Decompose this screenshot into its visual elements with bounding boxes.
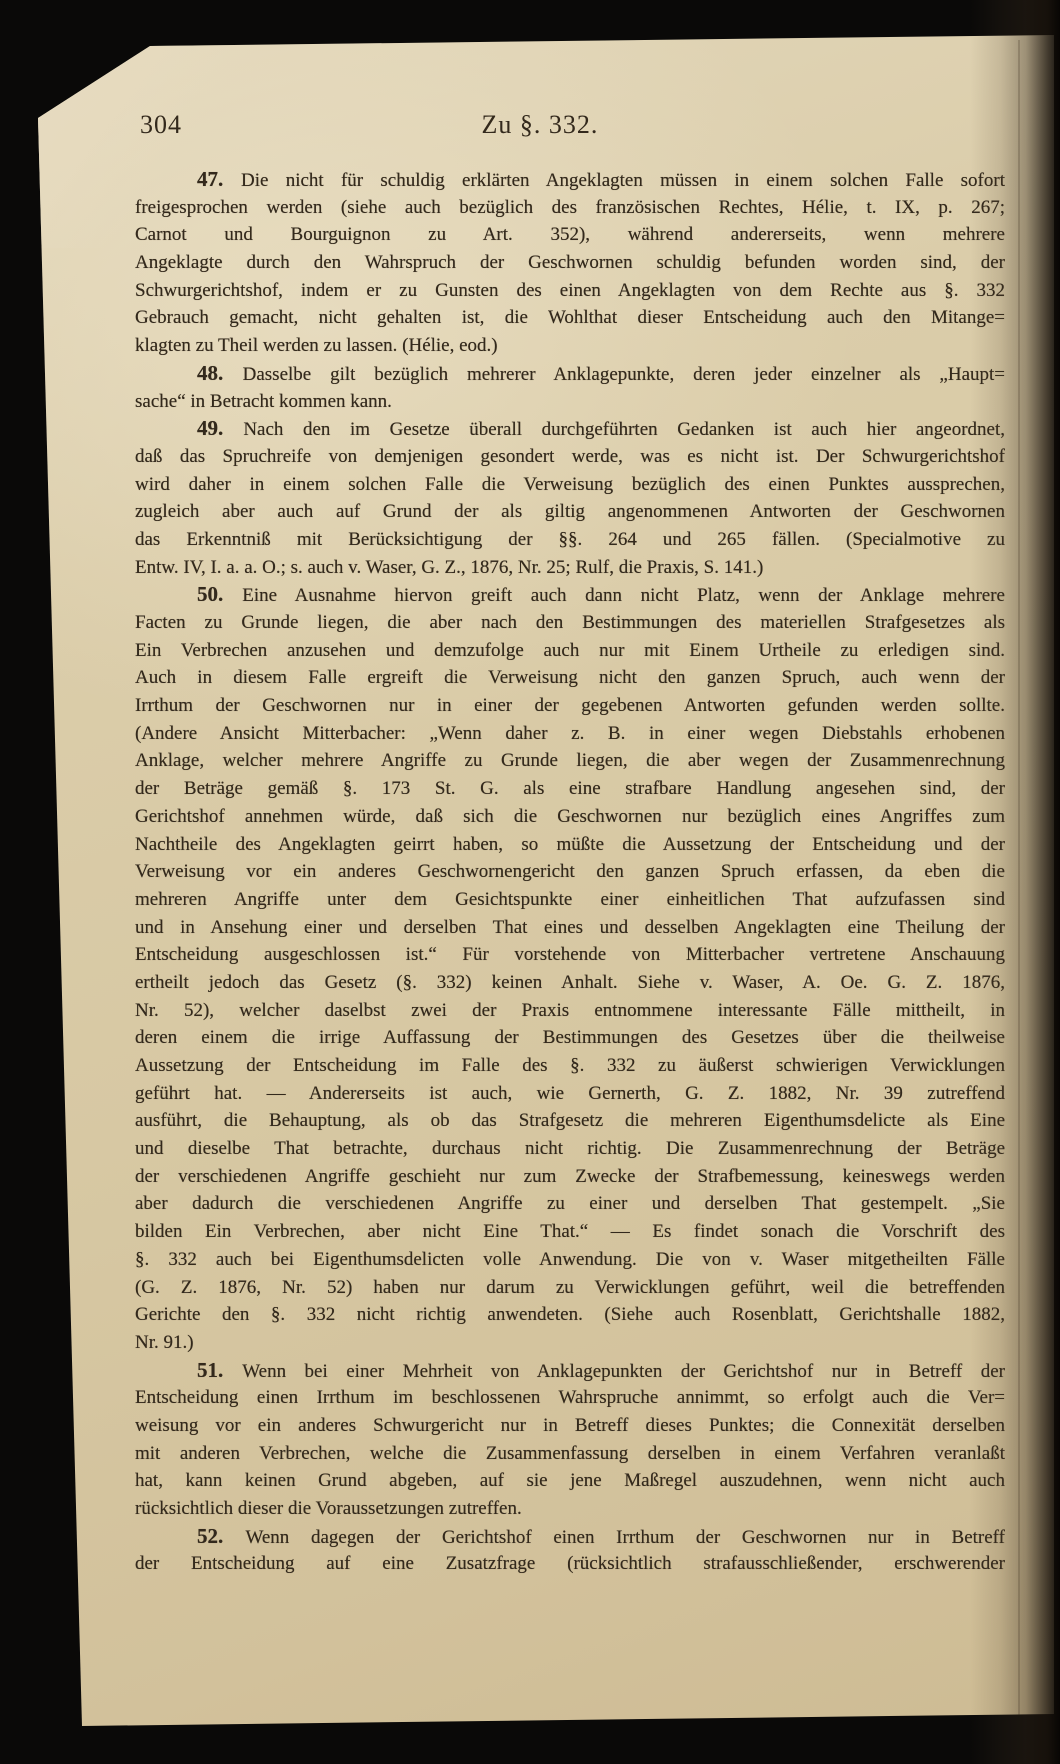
text-line: Schwurgerichtshof, indem er zu Gunsten d… — [135, 277, 1005, 305]
running-header: Zu §. 332. — [140, 110, 940, 140]
text-line: deren einem die irrige Auffassung der Be… — [135, 1024, 1005, 1052]
book-page-paper: 304 Zu §. 332. 47. Die nicht für schuldi… — [0, 0, 1060, 1764]
text-line: Ein Verbrechen anzusehen und demzufolge … — [135, 637, 1005, 665]
paragraph-51: 51. Wenn bei einer Mehrheit von Anklagep… — [135, 1357, 1005, 1523]
text-line: wird daher in einem solchen Falle die Ve… — [135, 471, 1005, 499]
text-line: der Beträge gemäß §. 173 St. G. als eine… — [135, 775, 1005, 803]
body-text: 47. Die nicht für schuldig erklärten Ang… — [135, 166, 1005, 1578]
text-line: der verschiedenen Angriffe geschieht nur… — [135, 1163, 1005, 1191]
scanned-book-page: 304 Zu §. 332. 47. Die nicht für schuldi… — [0, 0, 1060, 1764]
text-line: Carnot und Bourguignon zu Art. 352), wäh… — [135, 221, 1005, 249]
paragraph-number: 48. — [197, 361, 243, 385]
text-line: zugleich aber auch auf Grund der als gil… — [135, 498, 1005, 526]
text-line: §. 332 auch bei Eigenthumsdelicten volle… — [135, 1246, 1005, 1274]
text-line: klagten zu Theil werden zu lassen. (Héli… — [135, 332, 1005, 360]
paragraph-49: 49. Nach den im Gesetze überall durchgef… — [135, 415, 1005, 581]
paragraph-48: 48. Dasselbe gilt bezüglich mehrerer Ank… — [135, 360, 1005, 415]
paragraph-number: 51. — [197, 1358, 242, 1382]
text-line: mehreren Angriffe unter dem Gesichtspunk… — [135, 886, 1005, 914]
text-line: freigesprochen werden (siehe auch bezügl… — [135, 194, 1005, 222]
text-line: und in Ansehung einer und derselben That… — [135, 914, 1005, 942]
text-line: 52. Wenn dagegen der Gerichtshof einen I… — [135, 1523, 1005, 1551]
paragraph-number: 52. — [197, 1524, 245, 1548]
text-line: bilden Ein Verbrechen, aber nicht Eine T… — [135, 1218, 1005, 1246]
text-line: geführt hat. — Andererseits ist auch, wi… — [135, 1080, 1005, 1108]
gutter-shadow — [970, 0, 1060, 1764]
text-line: 50. Eine Ausnahme hiervon greift auch da… — [135, 581, 1005, 609]
text-line: Entscheidung einen Irrthum im beschlosse… — [135, 1384, 1005, 1412]
text-line: Aussetzung der Entscheidung im Falle des… — [135, 1052, 1005, 1080]
page-header-row: 304 Zu §. 332. — [140, 110, 940, 146]
text-line: mit anderen Verbrechen, welche die Zusam… — [135, 1440, 1005, 1468]
text-line: ertheilt jedoch das Gesetz (§. 332) kein… — [135, 969, 1005, 997]
text-line: Irrthum der Geschwornen nur in einer der… — [135, 692, 1005, 720]
paragraph-52: 52. Wenn dagegen der Gerichtshof einen I… — [135, 1523, 1005, 1578]
text-line: Entw. IV, I. a. a. O.; s. auch v. Waser,… — [135, 554, 1005, 582]
paragraph-number: 47. — [197, 167, 241, 191]
text-line: (Andere Ansicht Mitterbacher: „Wenn dahe… — [135, 720, 1005, 748]
text-line: 47. Die nicht für schuldig erklärten Ang… — [135, 166, 1005, 194]
text-line: (G. Z. 1876, Nr. 52) haben nur darum zu … — [135, 1274, 1005, 1302]
paragraph-number: 50. — [197, 582, 242, 606]
page-number: 304 — [140, 110, 182, 140]
text-line: aber dadurch die verschiedenen Angriffe … — [135, 1190, 1005, 1218]
text-line: das Erkenntniß mit Berücksichtigung der … — [135, 526, 1005, 554]
text-line: 48. Dasselbe gilt bezüglich mehrerer Ank… — [135, 360, 1005, 388]
text-line: weisung vor ein anderes Schwurgericht nu… — [135, 1412, 1005, 1440]
text-line: hat, kann keinen Grund abgeben, auf sie … — [135, 1467, 1005, 1495]
text-line: Facten zu Grunde liegen, die aber nach d… — [135, 609, 1005, 637]
text-line: 49. Nach den im Gesetze überall durchgef… — [135, 415, 1005, 443]
text-line: und dieselbe That betrachte, durchaus ni… — [135, 1135, 1005, 1163]
text-line: rücksichtlich dieser die Voraussetzungen… — [135, 1495, 1005, 1523]
text-line: Gerichte den §. 332 nicht richtig anwend… — [135, 1301, 1005, 1329]
text-line: Gerichtshof annehmen würde, daß sich die… — [135, 803, 1005, 831]
text-line: Verweisung vor ein anderes Geschwornenge… — [135, 858, 1005, 886]
text-line: ausführt, die Behauptung, als ob das Str… — [135, 1107, 1005, 1135]
text-line: Anklage, welcher mehrere Angriffe zu Gru… — [135, 747, 1005, 775]
text-line: 51. Wenn bei einer Mehrheit von Anklagep… — [135, 1357, 1005, 1385]
text-line: Angeklagte durch den Wahrspruch der Gesc… — [135, 249, 1005, 277]
paragraph-50: 50. Eine Ausnahme hiervon greift auch da… — [135, 581, 1005, 1356]
text-line: Gebrauch gemacht, nicht gehalten ist, di… — [135, 304, 1005, 332]
text-line: Nr. 91.) — [135, 1329, 1005, 1357]
text-line: Nachtheile des Angeklagten geirrt haben,… — [135, 831, 1005, 859]
paragraph-47: 47. Die nicht für schuldig erklärten Ang… — [135, 166, 1005, 360]
text-line: der Entscheidung auf eine Zusatzfrage (r… — [135, 1550, 1005, 1578]
text-line: Auch in diesem Falle ergreift die Verwei… — [135, 664, 1005, 692]
paragraph-number: 49. — [197, 416, 243, 440]
text-line: daß das Spruchreife von demjenigen geson… — [135, 443, 1005, 471]
text-line: Nr. 52), welcher daselbst zwei der Praxi… — [135, 997, 1005, 1025]
text-line: Entscheidung ausgeschlossen ist.“ Für vo… — [135, 941, 1005, 969]
text-line: sache“ in Betracht kommen kann. — [135, 388, 1005, 416]
